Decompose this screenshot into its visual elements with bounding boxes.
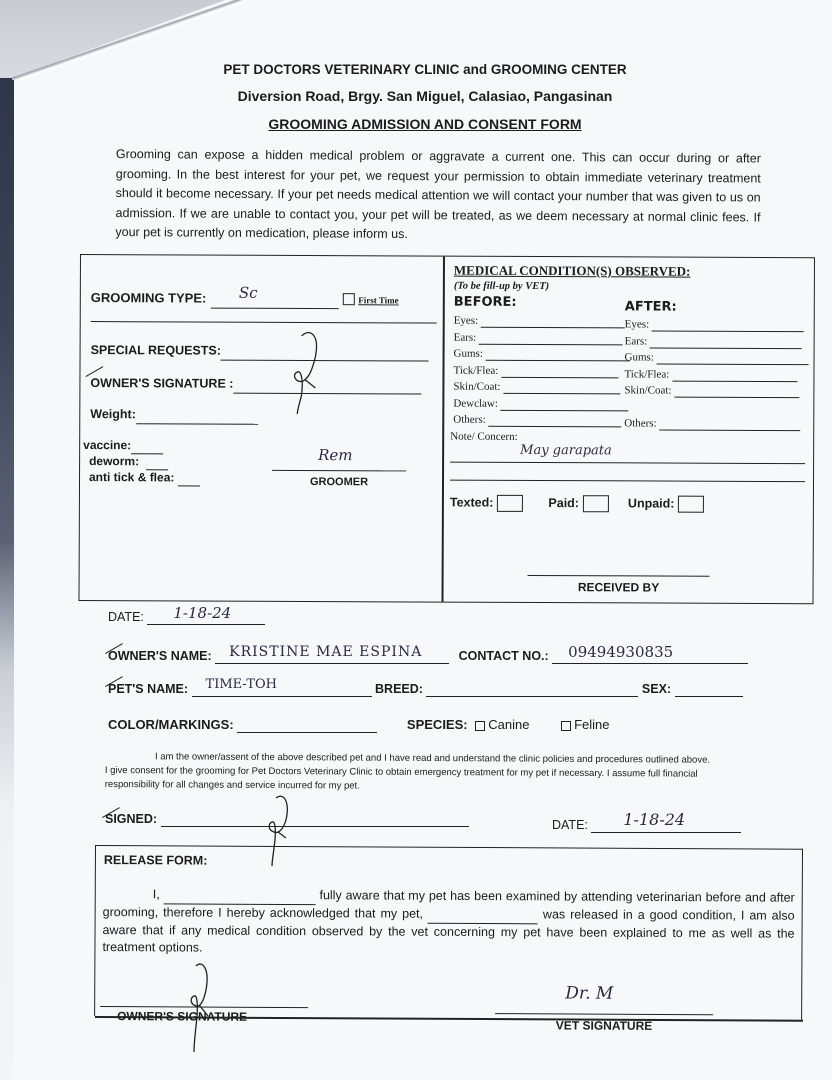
sex-label: SEX: [642,682,671,696]
medical-before-row: Tick/Flea: [453,364,618,378]
medical-before-field[interactable] [479,331,623,345]
note-value: May garapata [520,443,612,458]
date-field[interactable]: 1-18-24 [147,610,265,625]
special-requests-label: SPECIAL REQUESTS: [91,343,221,358]
release-title: RELEASE FORM: [104,853,208,868]
canine-checkbox[interactable] [475,721,485,731]
pet-name-label: PET'S NAME: [108,682,188,696]
contact-value: 09494930835 [568,643,673,661]
paid-label: Paid: [548,496,579,510]
species-canine-option[interactable]: Canine [475,717,529,732]
date-value: 1-18-24 [173,604,231,622]
contact-label: CONTACT NO.: [459,649,549,663]
date-label: DATE: [108,610,144,624]
medical-before-label: Dewclaw: [453,397,498,409]
medical-before-field[interactable] [486,348,630,362]
clinic-name: PET DOCTORS VETERINARY CLINIC and GROOMI… [180,62,670,77]
vet-signature-value: Dr. M [565,983,613,1003]
box-divider [441,257,444,602]
medical-before-label: Ears: [454,331,477,343]
weight-field[interactable] [136,405,258,425]
clinic-address: Diversion Road, Brgy. San Miguel, Calasi… [180,88,670,104]
medical-after-field[interactable] [650,335,802,349]
owner-name-value: KRISTINE MAE ESPINA [229,644,422,660]
contact-field[interactable]: 09494930835 [552,649,748,664]
first-time-label: First Time [358,295,398,305]
unpaid-label: Unpaid: [628,496,675,510]
treatments-block: vaccine: deworm: anti tick & flea: [83,438,200,487]
note-label: Note/ Concern: [450,431,518,443]
consent-date-label: DATE: [552,818,588,832]
medical-before-row: Gums: [454,348,630,362]
intro-paragraph: Grooming can expose a hidden medical pro… [115,145,761,247]
groomer-label: GROOMER [272,476,406,489]
medical-before-row: Dewclaw: [453,397,628,411]
medical-before-label: Others: [453,414,485,426]
weight-row: Weight: [90,405,258,425]
signed-field[interactable] [161,812,469,827]
medical-after-label: Ears: [625,335,648,347]
owner-signature-field[interactable] [233,375,421,395]
form-title: GROOMING ADMISSION AND CONSENT FORM [180,116,670,132]
medical-after-label: Tick/Flea: [624,368,669,380]
texted-label: Texted: [450,495,494,509]
owner-signature-row: OWNER'S SIGNATURE : [90,374,421,394]
grooming-type-label: GROOMING TYPE: [91,290,207,306]
medical-title: MEDICAL CONDITION(S) OBSERVED: [454,263,691,280]
admission-box: GROOMING TYPE: Sc First Time SPECIAL REQ… [78,254,815,604]
note-line-2[interactable] [450,480,805,483]
owner-name-label: OWNER'S NAME: [108,649,212,663]
color-species-row: COLOR/MARKINGS: SPECIES: Canine Feline [108,717,609,733]
medical-before-label: Eyes: [454,315,479,327]
medical-before-label: Gums: [454,348,483,360]
vaccine-field[interactable] [131,438,163,454]
release-text-a: I, [103,887,160,901]
consent-date-row: DATE: 1-18-24 [552,818,741,833]
note-line-1[interactable] [450,462,805,465]
consent-paragraph: I am the owner/assent of the above descr… [105,750,755,796]
feline-checkbox[interactable] [561,721,571,731]
after-label: AFTER: [625,299,677,314]
medical-after-field[interactable] [657,352,809,366]
status-checkboxes: Texted: Paid: Unpaid: [450,495,704,513]
pet-name-row: PET'S NAME: TIME-TOH BREED: SEX: [108,682,743,697]
medical-before-field[interactable] [503,381,620,395]
owner-signature-scribble [285,326,325,416]
owner-name-field[interactable]: KRISTINE MAE ESPINA [215,649,449,664]
pet-name-field[interactable]: TIME-TOH [192,682,372,697]
grooming-type-extra-line[interactable] [91,321,437,324]
medical-after-row: Ears: [625,335,802,349]
release-paragraph: I, fully aware that my pet has been exam… [102,886,794,960]
medical-before-label: Skin/Coat: [453,381,500,393]
medical-before-row: Ears: [454,331,623,345]
color-label: COLOR/MARKINGS: [108,717,234,732]
species-label: SPECIES: [407,717,468,732]
vaccine-row: vaccine: [83,438,200,455]
signed-label: SIGNED: [105,812,157,826]
owner-name-row: OWNER'S NAME: KRISTINE MAE ESPINA CONTAC… [108,649,748,664]
date-row: DATE: 1-18-24 [108,610,265,625]
weight-label: Weight: [90,407,136,421]
medical-after-label: Gums: [625,351,654,363]
deworm-row: deworm: [83,454,200,471]
medical-before-field[interactable] [501,397,629,411]
vaccine-label: vaccine: [83,438,131,452]
sex-field[interactable] [675,682,743,697]
color-field[interactable] [237,717,377,733]
scanner-edge [0,0,16,1080]
grooming-type-value: Sc [239,284,258,302]
consent-date-value: 1-18-24 [623,810,685,829]
grooming-type-row: GROOMING TYPE: Sc First Time [91,289,399,309]
anti-tick-label: anti tick & flea: [89,470,174,484]
medical-after-row: Skin/Coat: [624,384,799,398]
anti-tick-field[interactable] [178,470,200,486]
breed-field[interactable] [426,682,638,697]
species-feline-option[interactable]: Feline [561,717,609,732]
before-label: BEFORE: [454,295,517,310]
breed-label: BREED: [375,682,423,696]
first-time-checkbox[interactable] [343,293,355,305]
medical-before-row: Eyes: [454,315,625,329]
anti-tick-row: anti tick & flea: [83,470,200,487]
received-by-label: RECEIVED BY [528,580,710,595]
texted-checkbox[interactable] [497,495,523,512]
medical-after-row: Tick/Flea: [624,368,797,382]
medical-subtitle: (To be fill-up by VET) [454,281,549,292]
medical-after-field[interactable] [672,368,797,382]
medical-after-label: Eyes: [625,318,650,330]
special-requests-row: SPECIAL REQUESTS: [91,341,429,361]
medical-before-field[interactable] [488,414,621,428]
owner-signature-label: OWNER'S SIGNATURE : [90,376,233,391]
medical-after-label: Others: [624,417,656,429]
deworm-label: deworm: [89,454,139,468]
received-by-line[interactable] [528,575,710,577]
medical-after-field[interactable] [659,418,800,432]
medical-before-row: Others: [453,414,621,428]
unpaid-checkbox[interactable] [678,496,704,513]
medical-after-label: Skin/Coat: [624,384,671,396]
medical-after-field[interactable] [674,385,799,399]
pet-name-value: TIME-TOH [206,677,277,692]
grooming-type-field[interactable]: Sc [211,290,339,310]
deworm-field[interactable] [146,454,168,470]
medical-after-row: Eyes: [625,318,804,332]
release-pet-name-field[interactable] [428,906,538,925]
release-owner-name-field[interactable] [164,886,316,905]
medical-before-row: Skin/Coat: [453,381,620,395]
medical-after-row: Gums: [625,351,809,365]
consent-date-field[interactable]: 1-18-24 [591,818,741,833]
canine-label: Canine [488,717,529,732]
paid-checkbox[interactable] [582,495,608,512]
vet-signature-line[interactable] [495,1013,713,1015]
release-owner-signature-scribble [180,960,220,1055]
medical-before-label: Tick/Flea: [453,364,498,376]
medical-before-field[interactable] [481,315,625,329]
feline-label: Feline [574,717,609,732]
medical-after-field[interactable] [652,318,804,332]
groomer-signature-line[interactable] [272,470,406,472]
medical-before-field[interactable] [501,364,618,378]
medical-after-row: Others: [624,417,800,431]
groomer-signature-value: Rem [318,446,352,464]
